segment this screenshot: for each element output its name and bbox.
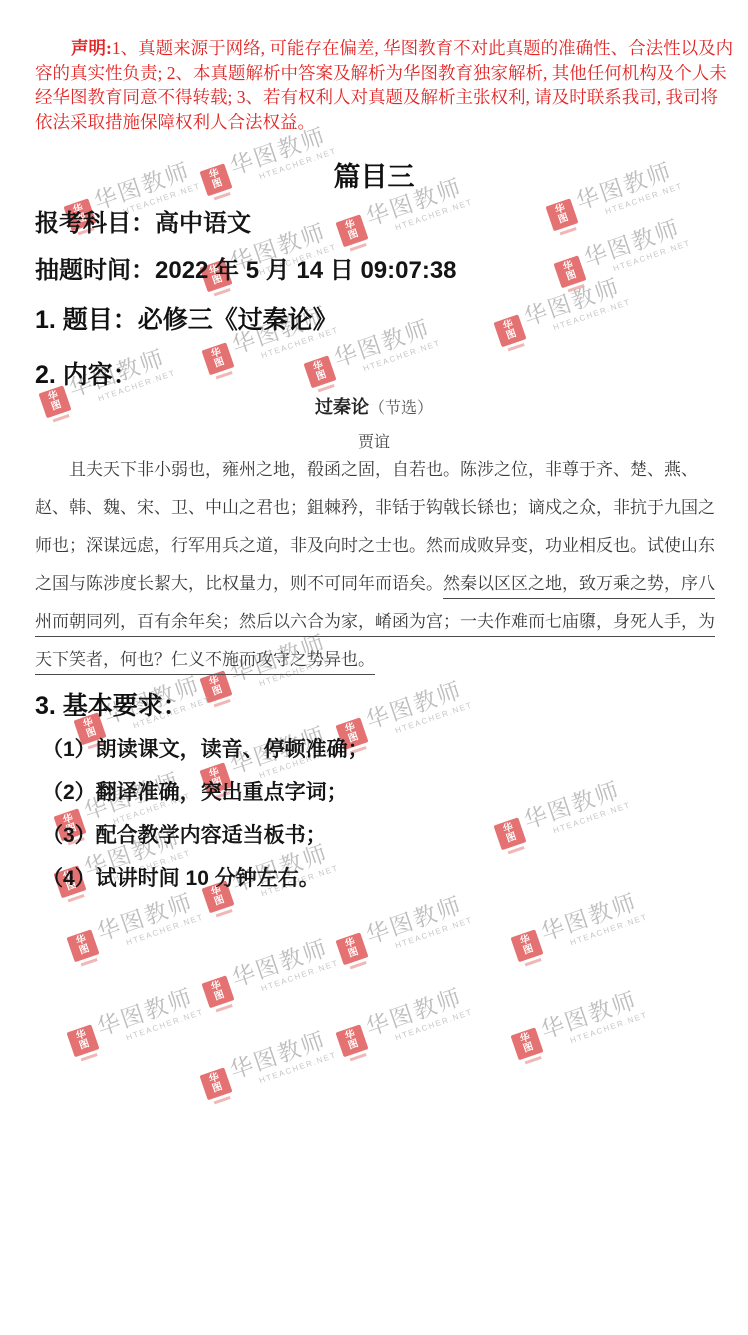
- watermark-en-text: HTEACHER.NET: [260, 958, 340, 993]
- logo-char-bottom: 图: [347, 229, 360, 242]
- watermark-en-text: HTEACHER.NET: [125, 1007, 205, 1042]
- watermark-text: 华图教师 HTEACHER.NET: [519, 770, 632, 843]
- logo-sub-mark: [213, 288, 230, 296]
- requirements-list: （1）朗读课文，读音、停顿准确； （2）翻译准确，突出重点字词； （3）配合教学…: [42, 728, 369, 900]
- question-label: 1. 题目：: [35, 306, 138, 334]
- watermark-text: 华图教师 HTEACHER.NET: [361, 885, 474, 958]
- watermark-zh-text: 华图教师: [329, 308, 439, 374]
- watermark-text: 华图教师 HTEACHER.NET: [361, 977, 474, 1050]
- huatu-logo-badge: 华 图: [493, 817, 528, 856]
- huatu-logo-badge: 华 图: [303, 355, 338, 394]
- huatu-logo-badge: 华 图: [66, 929, 101, 968]
- logo-sub-mark: [80, 1053, 97, 1061]
- logo-char-top: 华: [75, 935, 88, 948]
- content-heading: 2. 内容：: [35, 355, 138, 391]
- logo-sub-mark: [213, 699, 230, 707]
- subject-line: 报考科目：高中语文: [35, 203, 251, 238]
- requirements-heading: 3. 基本要求：: [35, 686, 188, 722]
- passage-author: 贾谊: [0, 429, 748, 452]
- watermark-en-text: HTEACHER.NET: [552, 800, 632, 835]
- logo-sub-mark: [524, 958, 541, 966]
- huatu-watermark: 华 图 华图教师 HTEACHER.NET: [490, 267, 633, 353]
- watermark-en-text: HTEACHER.NET: [362, 338, 442, 373]
- logo-char-bottom: 图: [315, 370, 328, 383]
- requirement-item: （2）翻译准确，突出重点字词；: [42, 771, 369, 814]
- logo-char-bottom: 图: [213, 990, 226, 1003]
- watermark-zh-text: 华图教师: [536, 882, 646, 948]
- requirement-item: （1）朗读课文，读音、停顿准确；: [42, 728, 369, 771]
- watermark-en-text: HTEACHER.NET: [394, 915, 474, 950]
- passage-title-suffix: （节选）: [369, 400, 433, 417]
- subject-label: 报考科目：: [35, 210, 155, 237]
- watermark-text: 华图教师 HTEACHER.NET: [329, 308, 442, 381]
- logo-char-bottom: 图: [505, 329, 518, 342]
- logo-char-top: 华: [344, 1030, 357, 1043]
- passage-line: 之国与陈涉度长絜大，比权量力，则不可同年而语矣。然秦以区区之地，致万乘之势，序八: [35, 565, 719, 603]
- watermark-text: 华图教师 HTEACHER.NET: [225, 1020, 338, 1093]
- huatu-logo-badge: 华 图: [66, 1024, 101, 1063]
- watermark-text: 华图教师 HTEACHER.NET: [536, 980, 649, 1053]
- draw-time-label: 抽题时间：: [35, 257, 155, 284]
- logo-char-bottom: 图: [211, 1082, 224, 1095]
- huatu-logo-badge: 华 图: [199, 1067, 234, 1106]
- watermark-zh-text: 华图教师: [361, 885, 471, 951]
- huatu-logo-badge: 华 图: [201, 342, 236, 381]
- watermark-en-text: HTEACHER.NET: [569, 1010, 649, 1045]
- huatu-watermark: 华 图 华图教师 HTEACHER.NET: [507, 980, 650, 1066]
- logo-char-top: 华: [75, 1030, 88, 1043]
- huatu-watermark: 华 图 华图教师 HTEACHER.NET: [507, 882, 650, 968]
- passage-line: 赵、韩、魏、宋、卫、中山之君也；鉏棘矜，非铦于钩戟长铩也；谪戍之众，非抗于九国之: [35, 489, 719, 527]
- logo-char-bottom: 图: [522, 1042, 535, 1055]
- logo-char-bottom: 图: [522, 944, 535, 957]
- huatu-watermark: 华 图 华图教师 HTEACHER.NET: [490, 770, 633, 856]
- logo-char-bottom: 图: [347, 1039, 360, 1052]
- logo-sub-mark: [215, 371, 232, 379]
- huatu-watermark: 华 图 华图教师 HTEACHER.NET: [63, 977, 206, 1063]
- logo-sub-mark: [317, 384, 334, 392]
- logo-char-top: 华: [344, 938, 357, 951]
- passage-body: 且夫天下非小弱也，雍州之地，殽函之固，自若也。陈涉之位，非尊于齐、楚、燕、 赵、…: [35, 451, 719, 679]
- logo-char-bottom: 图: [347, 947, 360, 960]
- logo-char-top: 华: [502, 320, 515, 333]
- disclaimer-line: 容的真实性负责; 2、本真题解析中答案及解析为华图教育独家解析, 其他任何机构及…: [35, 61, 717, 86]
- logo-char-top: 华: [502, 823, 515, 836]
- disclaimer-line: 声明:1、真题来源于网络, 可能存在偏差, 华图教育不对此真题的准确性、合法性以…: [35, 36, 717, 61]
- watermark-zh-text: 华图教师: [361, 977, 471, 1043]
- watermark-en-text: HTEACHER.NET: [394, 197, 474, 232]
- question-heading: 1. 题目：必修三《过秦论》: [35, 300, 338, 336]
- logo-sub-mark: [507, 846, 524, 854]
- watermark-zh-text: 华图教师: [361, 670, 471, 736]
- logo-char-top: 华: [519, 935, 532, 948]
- logo-char-bottom: 图: [213, 357, 226, 370]
- logo-sub-mark: [507, 343, 524, 351]
- logo-sub-mark: [559, 227, 576, 235]
- watermark-text: 华图教师 HTEACHER.NET: [579, 208, 692, 281]
- watermark-zh-text: 华图教师: [579, 208, 689, 274]
- watermark-en-text: HTEACHER.NET: [569, 912, 649, 947]
- watermark-en-text: HTEACHER.NET: [394, 700, 474, 735]
- passage-line: 师也；深谋远虑，行军用兵之道，非及向时之士也。然而成败异变，功业相反也。试使山东: [35, 527, 719, 565]
- logo-sub-mark: [80, 958, 97, 966]
- huatu-logo-badge: 华 图: [335, 932, 370, 971]
- exam-document-page: 华 图 华图教师 HTEACHER.NET 华 图 华图教师 HTEACHER.…: [0, 0, 748, 1335]
- watermark-en-text: HTEACHER.NET: [258, 1050, 338, 1085]
- requirement-item: （3）配合教学内容适当板书；: [42, 814, 369, 857]
- watermark-text: 华图教师 HTEACHER.NET: [227, 928, 340, 1001]
- draw-time-value: 2022 年 5 月 14 日 09:07:38: [155, 257, 457, 284]
- logo-char-bottom: 图: [565, 270, 578, 283]
- huatu-watermark: 华 图 华图教师 HTEACHER.NET: [550, 208, 693, 294]
- watermark-text: 华图教师 HTEACHER.NET: [536, 882, 649, 955]
- logo-sub-mark: [567, 284, 584, 292]
- disclaimer-paragraph: 声明:1、真题来源于网络, 可能存在偏差, 华图教育不对此真题的准确性、合法性以…: [35, 36, 717, 134]
- subject-value: 高中语文: [155, 210, 251, 237]
- watermark-text: 华图教师 HTEACHER.NET: [92, 977, 205, 1050]
- logo-sub-mark: [215, 909, 232, 917]
- logo-char-top: 华: [210, 348, 223, 361]
- logo-char-bottom: 图: [505, 832, 518, 845]
- huatu-watermark: 华 图 华图教师 HTEACHER.NET: [198, 928, 341, 1014]
- logo-char-bottom: 图: [557, 213, 570, 226]
- logo-char-top: 华: [554, 204, 567, 217]
- huatu-watermark: 华 图 华图教师 HTEACHER.NET: [332, 977, 475, 1063]
- watermark-text: 华图教师 HTEACHER.NET: [519, 267, 632, 340]
- logo-char-top: 华: [210, 981, 223, 994]
- logo-char-top: 华: [562, 261, 575, 274]
- logo-sub-mark: [524, 1056, 541, 1064]
- page-title: 篇目三: [0, 155, 748, 194]
- huatu-logo-badge: 华 图: [201, 975, 236, 1014]
- draw-time-line: 抽题时间：2022 年 5 月 14 日 09:07:38: [35, 250, 457, 285]
- logo-char-top: 华: [519, 1033, 532, 1046]
- watermark-text: 华图教师 HTEACHER.NET: [361, 670, 474, 743]
- huatu-logo-badge: 华 图: [553, 255, 588, 294]
- watermark-zh-text: 华图教师: [92, 977, 202, 1043]
- huatu-watermark: 华 图 华图教师 HTEACHER.NET: [196, 1020, 339, 1106]
- huatu-logo-badge: 华 图: [335, 214, 370, 253]
- question-value: 必修三《过秦论》: [138, 306, 338, 334]
- huatu-logo-badge: 华 图: [335, 1024, 370, 1063]
- passage-title: 过秦论（节选）: [0, 393, 748, 419]
- logo-sub-mark: [215, 1004, 232, 1012]
- logo-char-top: 华: [344, 220, 357, 233]
- watermark-zh-text: 华图教师: [519, 770, 629, 836]
- disclaimer-line: 依法采取措施保障权利人合法权益。: [35, 110, 717, 135]
- watermark-en-text: HTEACHER.NET: [552, 297, 632, 332]
- passage-title-main: 过秦论: [315, 397, 369, 417]
- watermark-en-text: HTEACHER.NET: [612, 238, 692, 273]
- huatu-logo-badge: 华 图: [545, 198, 580, 237]
- watermark-en-text: HTEACHER.NET: [125, 912, 205, 947]
- passage-line: 且夫天下非小弱也，雍州之地，殽函之固，自若也。陈涉之位，非尊于齐、楚、燕、: [35, 451, 719, 489]
- logo-sub-mark: [213, 1096, 230, 1104]
- watermark-en-text: HTEACHER.NET: [394, 1007, 474, 1042]
- huatu-logo-badge: 华 图: [510, 929, 545, 968]
- passage-line: 州而朝同列，百有余年矣；然后以六合为家，崤函为宫；一夫作难而七庙隳，身死人手，为: [35, 603, 719, 641]
- logo-char-top: 华: [208, 1073, 221, 1086]
- huatu-logo-badge: 华 图: [510, 1027, 545, 1066]
- watermark-zh-text: 华图教师: [519, 267, 629, 333]
- logo-sub-mark: [349, 1053, 366, 1061]
- logo-char-bottom: 图: [211, 685, 224, 698]
- requirement-item: （4）试讲时间 10 分钟左右。: [42, 857, 369, 900]
- watermark-zh-text: 华图教师: [536, 980, 646, 1046]
- logo-char-bottom: 图: [78, 944, 91, 957]
- logo-char-bottom: 图: [78, 1039, 91, 1052]
- passage-line: 天下笑者，何也？仁义不施而攻守之势异也。: [35, 641, 719, 679]
- huatu-logo-badge: 华 图: [493, 314, 528, 353]
- disclaimer-line: 经华图教育同意不得转载; 3、若有权利人对真题及解析主张权利, 请及时联系我司,…: [35, 85, 717, 110]
- disclaimer-label: 声明:: [71, 38, 112, 58]
- logo-char-top: 华: [312, 361, 325, 374]
- watermark-zh-text: 华图教师: [227, 928, 337, 994]
- logo-sub-mark: [349, 961, 366, 969]
- watermark-zh-text: 华图教师: [225, 1020, 335, 1086]
